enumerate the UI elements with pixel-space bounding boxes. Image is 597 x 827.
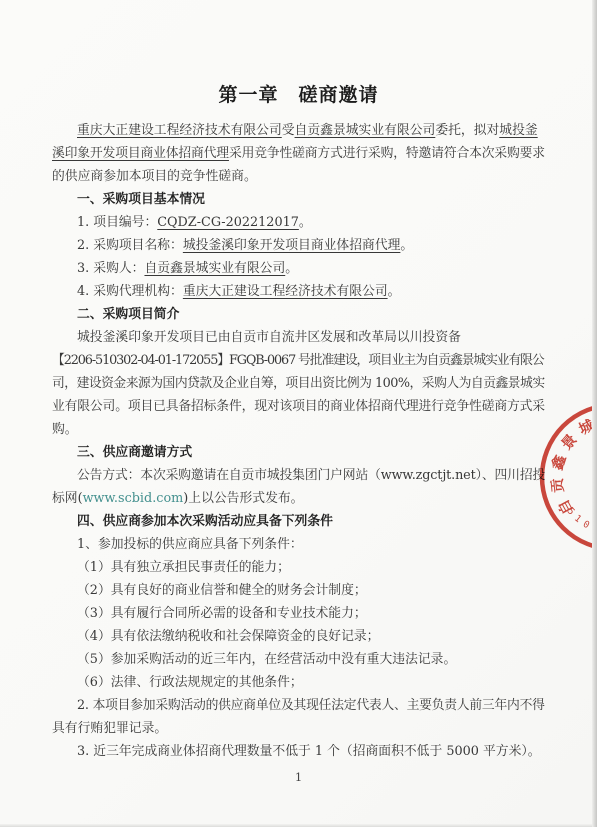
section3-heading: 三、供应商邀请方式 <box>52 441 545 464</box>
agency-value: 重庆大正建设工程经济技术有限公司 <box>183 284 388 299</box>
page-number: 1 <box>52 766 545 789</box>
supplier-requirement-intro: 1、参加投标的供应商应具备下列条件： <box>52 533 545 556</box>
agency-name: 重庆大正建设工程经济技术有限公司 <box>77 123 282 138</box>
item-label: 4. 采购代理机构： <box>77 284 183 299</box>
section2-line: 业有限公司。项目已具备招标条件，现对该项目的商业体招商代理进行竞争性磋商方式采 <box>52 395 545 418</box>
section2-heading: 二、采购项目简介 <box>52 303 545 326</box>
item-tail: 。 <box>400 238 413 253</box>
item-label: 2. 采购项目名称： <box>77 238 183 253</box>
section1-heading: 一、采购项目基本情况 <box>52 188 545 211</box>
section2-line: 司，建设资金来源为国内贷款及企业自筹，项目出资比例为 100%，采购人为自贡鑫景… <box>52 372 545 395</box>
intro-line: 重庆大正建设工程经济技术有限公司受自贡鑫景城实业有限公司委托，拟对城投釜 <box>52 119 545 142</box>
condition-item: （3）具有履行合同所必需的设备和专业技术能力； <box>52 602 545 625</box>
section4-heading: 四、供应商参加本次采购活动应具备下列条件 <box>52 510 545 533</box>
intro-text: 委托，拟对 <box>435 123 499 138</box>
announcement-line: 标网(www.scbid.com)上以公告形式发布。 <box>52 487 545 510</box>
document-page: 第一章 磋商邀请 重庆大正建设工程经济技术有限公司受自贡鑫景城实业有限公司委托，… <box>0 0 597 827</box>
condition-item: （5）参加采购活动的近三年内，在经营活动中没有重大违法记录。 <box>52 648 545 671</box>
project-name-part: 溪印象开发项目商业体招商代理 <box>52 146 229 161</box>
seal-serial-number: 51030 <box>565 506 597 538</box>
condition-item: （1）具有独立承担民事责任的能力； <box>52 556 545 579</box>
section2-line: 【2206-510302-04-01-172055】FGQB-0067 号批准建… <box>52 349 545 372</box>
svg-text:自贡鑫景城实业有限公司: 自贡鑫景城实业有限公司 <box>547 411 597 518</box>
page-content: 第一章 磋商邀请 重庆大正建设工程经济技术有限公司受自贡鑫景城实业有限公司委托，… <box>52 0 545 789</box>
item-label: 3. 采购人： <box>77 261 144 276</box>
client-name: 自贡鑫景城实业有限公司 <box>295 123 436 138</box>
intro-text: 受 <box>282 123 295 138</box>
item-label: 1. 项目编号： <box>77 215 157 230</box>
chapter-title: 第一章 磋商邀请 <box>52 80 545 107</box>
section2-line: 购。 <box>52 418 545 441</box>
project-name-item: 2. 采购项目名称：城投釜溪印象开发项目商业体招商代理。 <box>52 234 545 257</box>
project-number-item: 1. 项目编号：CQDZ-CG-202212017。 <box>52 211 545 234</box>
intro-line: 的供应商参加本项目的竞争性磋商。 <box>52 165 545 188</box>
condition-item: （4）具有依法缴纳税收和社会保障资金的良好记录； <box>52 625 545 648</box>
document-body: 重庆大正建设工程经济技术有限公司受自贡鑫景城实业有限公司委托，拟对城投釜 溪印象… <box>52 119 545 789</box>
announcement-text: 标网( <box>52 491 83 506</box>
requirement-item: 2. 本项目参加采购活动的供应商单位及其现任法定代表人、主要负责人前三年内不得 <box>52 694 545 717</box>
condition-item: （2）具有良好的商业信誉和健全的财务会计制度； <box>52 579 545 602</box>
announcement-text: )上以公告形式发布。 <box>183 491 303 506</box>
purchaser-value: 自贡鑫景城实业有限公司 <box>144 261 285 276</box>
project-number-value: CQDZ-CG-202212017 <box>157 215 299 230</box>
purchaser-item: 3. 采购人：自贡鑫景城实业有限公司。 <box>52 257 545 280</box>
section2-line: 城投釜溪印象开发项目已由自贡市自流井区发展和改革局以川投资备 <box>52 326 545 349</box>
project-name-value: 城投釜溪印象开发项目商业体招商代理 <box>183 238 401 253</box>
agency-item: 4. 采购代理机构：重庆大正建设工程经济技术有限公司。 <box>52 280 545 303</box>
intro-line: 溪印象开发项目商业体招商代理采用竞争性磋商方式进行采购，特邀请符合本次采购要求 <box>52 142 545 165</box>
scbid-link[interactable]: www.scbid.com <box>83 491 184 506</box>
seal-ring <box>542 405 597 549</box>
project-name-part: 城投釜 <box>499 123 537 138</box>
item-tail: 。 <box>388 284 401 299</box>
condition-item: （6）法律、行政法规规定的其他条件； <box>52 671 545 694</box>
requirement-item: 3. 近三年完成商业体招商代理数量不低于 1 个（招商面积不低于 5000 平方… <box>52 740 545 763</box>
requirement-item: 具有行贿犯罪记录。 <box>52 717 545 740</box>
intro-text: 采用竞争性磋商方式进行采购，特邀请符合本次采购要求 <box>229 146 545 161</box>
item-tail: 。 <box>285 261 298 276</box>
seal-company-name: 自贡鑫景城实业有限公司 <box>547 411 597 518</box>
item-tail: 。 <box>299 215 312 230</box>
svg-text:51030: 51030 <box>565 506 597 538</box>
announcement-line: 公告方式：本次采购邀请在自贡市城投集团门户网站（www.zgctjt.net）、… <box>52 464 545 487</box>
